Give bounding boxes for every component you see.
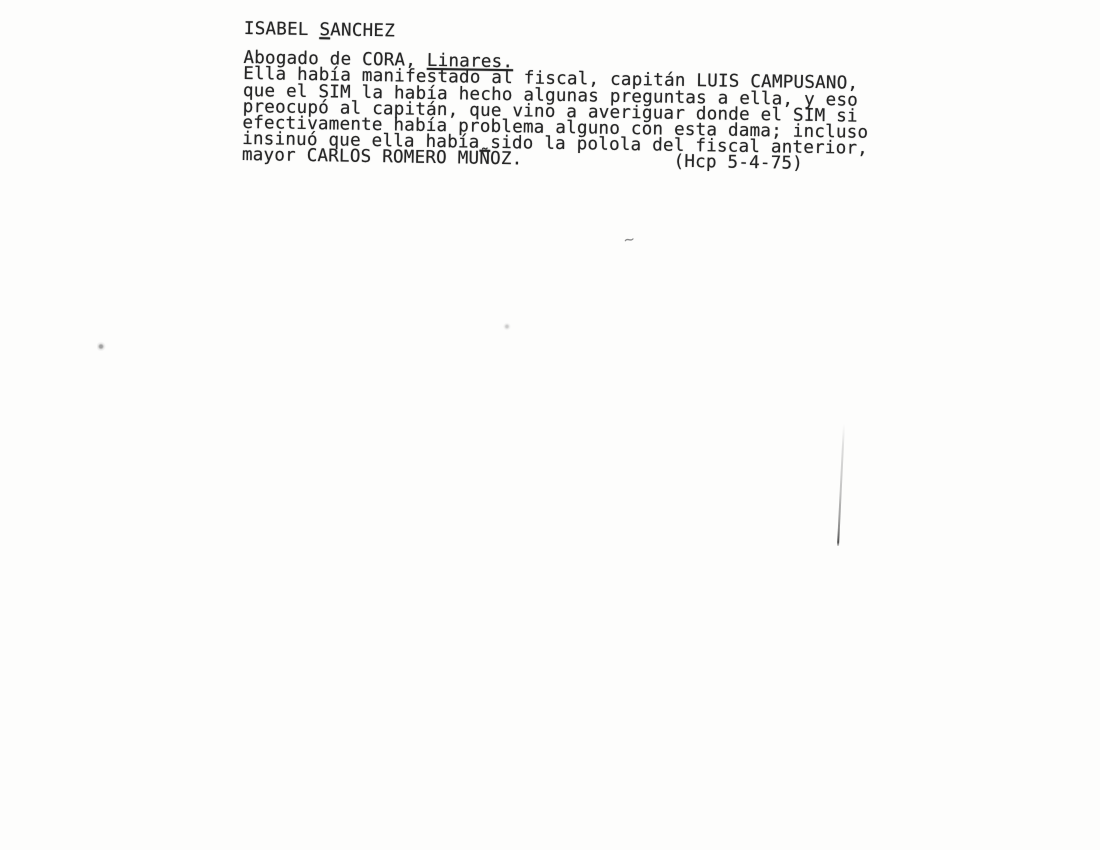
typewriter-text-block: ISABEL SANCHEZAbogado de CORA, Linares.E… (242, 21, 870, 173)
document-title: ISABEL SANCHEZ (244, 21, 870, 47)
paper-speck-center (502, 322, 511, 331)
paper-speck-left (97, 341, 107, 351)
document-page: ISABEL SANCHEZAbogado de CORA, Linares.E… (0, 0, 1100, 850)
pencil-tick-mark: ~ (622, 229, 636, 250)
vertical-scan-line (837, 424, 845, 546)
